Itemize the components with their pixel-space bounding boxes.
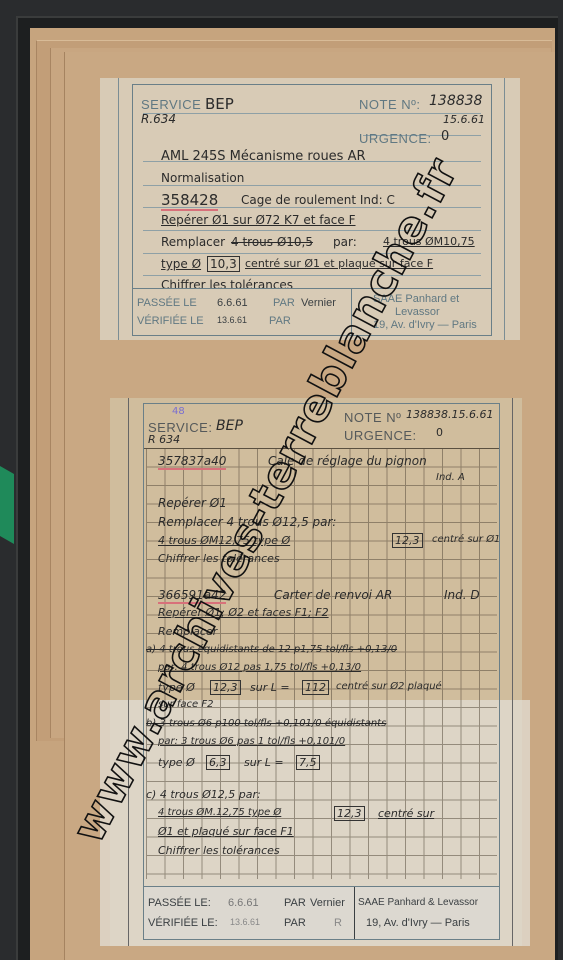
part-number: 358428 <box>161 191 218 211</box>
part2-tolerances: Chiffrer les tolérances <box>158 844 280 857</box>
type-label: type Ø <box>161 257 201 271</box>
form-footer: PASSÉE LE: 6.6.61 PAR Vernier VÉRIFIÉE L… <box>144 886 499 939</box>
verifiee-par-label: PAR <box>269 315 291 327</box>
par-value: Vernier <box>301 297 336 309</box>
passee-date: 6.6.61 <box>228 897 259 909</box>
slip-margin-line <box>118 78 119 340</box>
slip-margin-line <box>504 78 505 340</box>
service-value: BEP <box>216 418 243 434</box>
passee-date: 6.6.61 <box>217 297 248 309</box>
annotation-number: 48 <box>172 406 185 417</box>
type-value: 10,3 <box>207 256 240 272</box>
part2-b-new: par: 3 trous Ø6 pas 1 tol/fls +0,101/0 <box>158 736 345 747</box>
note-number: 138838.15.6.61 <box>406 408 493 421</box>
note-date: 15.6.61 <box>443 113 485 126</box>
par-label: PAR <box>273 297 295 309</box>
note-label: NOTE Nº: <box>359 97 420 112</box>
par-value: Vernier <box>310 897 345 909</box>
company-line-1: SAAE Panhard & Levassor <box>358 897 478 908</box>
verifiee-label: VÉRIFIÉE LE <box>137 315 204 327</box>
part2-c-new: 4 trous ØM.12,75 type Ø <box>158 807 281 818</box>
part2-b-type-value: 6,3 <box>206 755 230 770</box>
part2-a-type-value: 12,3 <box>210 680 241 695</box>
instruction-remplacer: Remplacer <box>161 235 225 249</box>
part2-a-centering: centré sur Ø2 plaqué <box>336 681 442 692</box>
verifiee-date: 13.6.61 <box>230 917 260 927</box>
note-number: 138838 <box>429 93 482 109</box>
green-tab <box>0 466 14 544</box>
reference: R.634 <box>141 112 176 126</box>
company-line-2: 19, Av. d'Ivry — Paris <box>366 917 470 929</box>
part2-name: Carter de renvoi AR <box>274 588 392 602</box>
vehicle-and-title: AML 245S Mécanisme roues AR <box>161 149 366 164</box>
passee-label: PASSÉE LE: <box>148 897 211 909</box>
verifiee-label: VÉRIFIÉE LE: <box>148 917 218 929</box>
part2-c-type-value: 12,3 <box>334 806 365 821</box>
part2-a-length-label: sur L = <box>250 681 290 694</box>
part2-b-length-value: 7,5 <box>296 755 320 770</box>
urgence-value: 0 <box>441 129 449 144</box>
part2-b-length-label: sur L = <box>244 756 284 769</box>
par-label: PAR <box>284 897 306 909</box>
instruction-reperer: Repérer Ø1 sur Ø72 K7 et face F <box>161 213 356 227</box>
urgence-label: URGENCE: <box>359 131 432 146</box>
old-holes: 4 trous Ø10,5 <box>231 235 313 249</box>
company-line-2: Levassor <box>395 306 440 318</box>
service-value: BEP <box>205 95 234 113</box>
part2-c-centering: centré sur <box>378 807 434 820</box>
part2-c-face: Ø1 et plaqué sur face F1 <box>158 825 294 838</box>
par-label: par: <box>333 235 357 249</box>
verifiee-par-value: R <box>334 917 342 929</box>
urgence-label: URGENCE: <box>344 428 417 443</box>
normalisation: Normalisation <box>161 171 244 185</box>
part2-b-old: b) 3 trous Ø6 p100 tol/fls +0,101/0 équi… <box>146 718 386 729</box>
part2-b-type-label: type Ø <box>158 756 195 769</box>
note-label: NOTE Nº <box>344 410 401 425</box>
part1-reperer: Repérer Ø1 <box>158 496 227 510</box>
part1-centering: centré sur Ø1 <box>432 534 500 545</box>
part2-c-old: c) 4 trous Ø12,5 par: <box>146 788 261 801</box>
part2-a-length-value: 112 <box>302 680 329 695</box>
part1-number: 357837a40 <box>158 454 226 470</box>
slip-margin-line <box>512 398 513 946</box>
service-label: SERVICE <box>141 97 201 112</box>
part2-ind: Ind. D <box>444 588 480 602</box>
part1-type-value: 12,3 <box>392 533 423 548</box>
slip-margin-line <box>128 398 129 946</box>
part1-ind: Ind. A <box>436 472 465 483</box>
form-footer: PASSÉE LE 6.6.61 PAR Vernier VÉRIFIÉE LE… <box>133 288 491 335</box>
passee-label: PASSÉE LE <box>137 297 197 309</box>
urgence-value: 0 <box>436 426 443 439</box>
verifiee-date: 13.6.61 <box>217 315 247 325</box>
part-name: Cage de roulement Ind: C <box>241 193 395 207</box>
reference: R 634 <box>148 433 180 446</box>
verifiee-par-label: PAR <box>284 917 306 929</box>
